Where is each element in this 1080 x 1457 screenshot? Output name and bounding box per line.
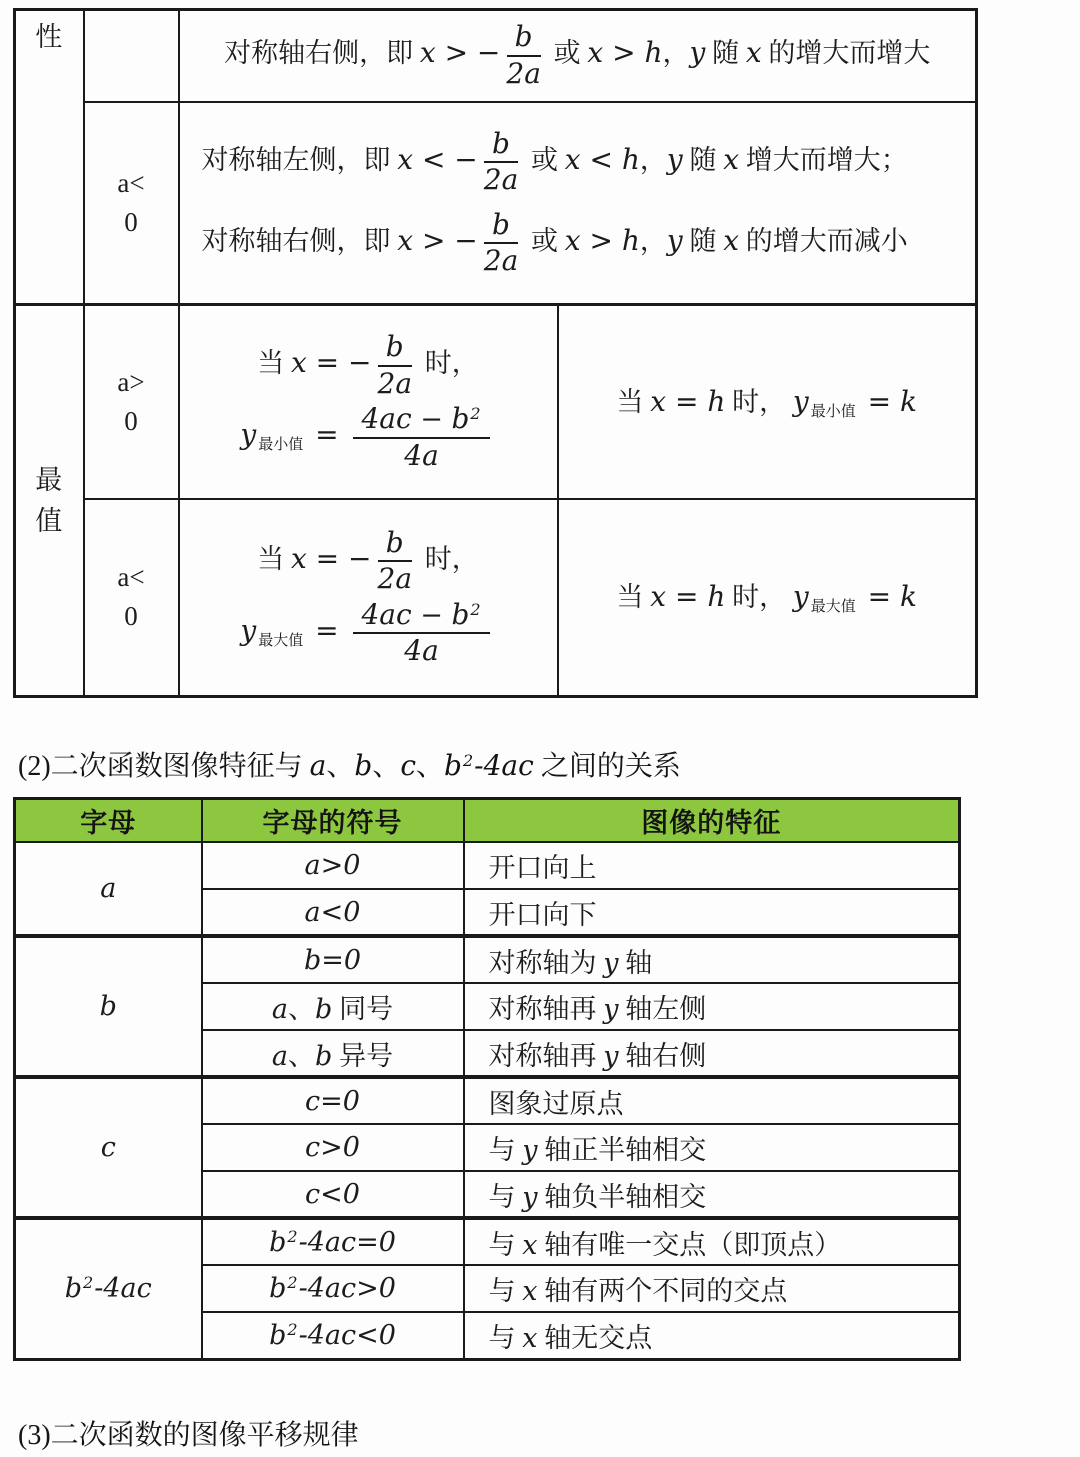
feature-cell: 图象过原点 [464, 1077, 960, 1124]
letter-discriminant: b2-4ac [15, 1218, 202, 1359]
increase-right-of-axis-cell: 对称轴右侧，即 x > −b2a 或 x > h，y 随 x 的增大而增大 [179, 10, 977, 102]
fraction: b2a [506, 23, 541, 88]
sign-cell: a、b 同号 [202, 983, 464, 1030]
feature-cell: 开口向下 [464, 889, 960, 936]
sign-cell: b2-4ac<0 [202, 1312, 464, 1359]
sign-cell: b2-4ac=0 [202, 1218, 464, 1265]
table-row: c c=0 图象过原点 [15, 1077, 960, 1124]
fraction: b2a [484, 211, 519, 276]
formula-maximum-value: y最大值 = 4ac − b24a [186, 601, 551, 666]
feature-cell: 对称轴再 y 轴右侧 [464, 1030, 960, 1077]
feature-cell: 与 y 轴正半轴相交 [464, 1124, 960, 1171]
formula-vertex-x: 当 x = −b2a 时， [186, 333, 551, 398]
fraction: b2a [378, 529, 413, 594]
group-label-char: 性 [17, 17, 82, 58]
letter-c: c [15, 1077, 202, 1218]
formula-increase-right: 对称轴右侧，即 x > −b2a 或 x > h，y 随 x 的增大而增大 [186, 23, 970, 88]
feature-cell: 与 y 轴负半轴相交 [464, 1171, 960, 1218]
sign-cell: a>0 [202, 842, 464, 889]
coefficient-feature-table: 字母 字母的符号 图像的特征 a a>0 开口向上 a<0 开口向下 b b=0… [13, 797, 961, 1361]
minimum-formula-cell: 当 x = −b2a 时， y最小值 = 4ac − b24a [179, 305, 558, 499]
fraction: b2a [378, 333, 413, 398]
condition-a-lt-0: a< 0 [84, 499, 179, 697]
maximum-formula-cell: 当 x = −b2a 时， y最大值 = 4ac − b24a [179, 499, 558, 697]
sign-cell: c=0 [202, 1077, 464, 1124]
condition-a-lt-0: a< 0 [84, 102, 179, 305]
fraction: 4ac − b24a [353, 405, 489, 470]
table-row: a a>0 开口向上 [15, 842, 960, 889]
formula-right-of-axis: 对称轴右侧，即 x > −b2a 或 x > h，y 随 x 的增大而减小 [202, 211, 970, 276]
feature-cell: 开口向上 [464, 842, 960, 889]
fraction: b2a [484, 130, 519, 195]
group-label-char: 最 [17, 460, 82, 501]
table-row: b2-4ac b2-4ac=0 与 x 轴有唯一交点（即顶点） [15, 1218, 960, 1265]
fraction: 4ac − b24a [353, 601, 489, 666]
sign-cell: b=0 [202, 936, 464, 983]
letter-b: b [15, 936, 202, 1077]
sign-cell: a<0 [202, 889, 464, 936]
section-3-caption: (3)二次函数的图像平移规律 [18, 1413, 1080, 1453]
sign-cell: a、b 异号 [202, 1030, 464, 1077]
feature-cell: 对称轴为 y 轴 [464, 936, 960, 983]
formula-minimum-vertex-form: 当 x = h 时， y最小值 = k [565, 386, 970, 418]
formula-minimum-value: y最小值 = 4ac − b24a [186, 405, 551, 470]
sign-cell: c>0 [202, 1124, 464, 1171]
formula-left-of-axis: 对称轴左侧，即 x < −b2a 或 x < h，y 随 x 增大而增大； [202, 130, 970, 195]
feature-cell: 对称轴再 y 轴左侧 [464, 983, 960, 1030]
sign-cell: b2-4ac>0 [202, 1265, 464, 1312]
formula-vertex-x: 当 x = −b2a 时， [186, 529, 551, 594]
header-letter: 字母 [15, 799, 202, 843]
increase-decrease-cell: 对称轴左侧，即 x < −b2a 或 x < h，y 随 x 增大而增大； 对称… [179, 102, 977, 305]
maximum-vertex-form-cell: 当 x = h 时， y最大值 = k [558, 499, 977, 697]
properties-extrema-table: 性 对称轴右侧，即 x > −b2a 或 x > h，y 随 x 的增大而增大 … [13, 8, 978, 698]
document-page: 性 对称轴右侧，即 x > −b2a 或 x > h，y 随 x 的增大而增大 … [0, 8, 1080, 1457]
formula-maximum-vertex-form: 当 x = h 时， y最大值 = k [565, 581, 970, 613]
sign-cell: c<0 [202, 1171, 464, 1218]
header-row: 字母 字母的符号 图像的特征 [15, 799, 960, 843]
header-feature: 图像的特征 [464, 799, 960, 843]
section-2-caption: (2)二次函数图像特征与 a、b、c、b2-4ac 之间的关系 [18, 744, 1080, 784]
condition-a-gt-0: a> 0 [84, 305, 179, 499]
table-row: b b=0 对称轴为 y 轴 [15, 936, 960, 983]
section-2-caption-text: (2)二次函数图像特征与 a、b、c、b2-4ac 之间的关系 [18, 751, 681, 782]
row-group-label-xing: 性 [15, 10, 84, 305]
feature-cell: 与 x 轴有两个不同的交点 [464, 1265, 960, 1312]
group-label-char: 值 [17, 501, 82, 542]
feature-cell: 与 x 轴有唯一交点（即顶点） [464, 1218, 960, 1265]
condition-cell-empty [84, 10, 179, 102]
header-sign: 字母的符号 [202, 799, 464, 843]
minimum-vertex-form-cell: 当 x = h 时， y最小值 = k [558, 305, 977, 499]
row-group-label-zuizhi: 最 值 [15, 305, 84, 697]
feature-cell: 与 x 轴无交点 [464, 1312, 960, 1359]
letter-a: a [15, 842, 202, 936]
